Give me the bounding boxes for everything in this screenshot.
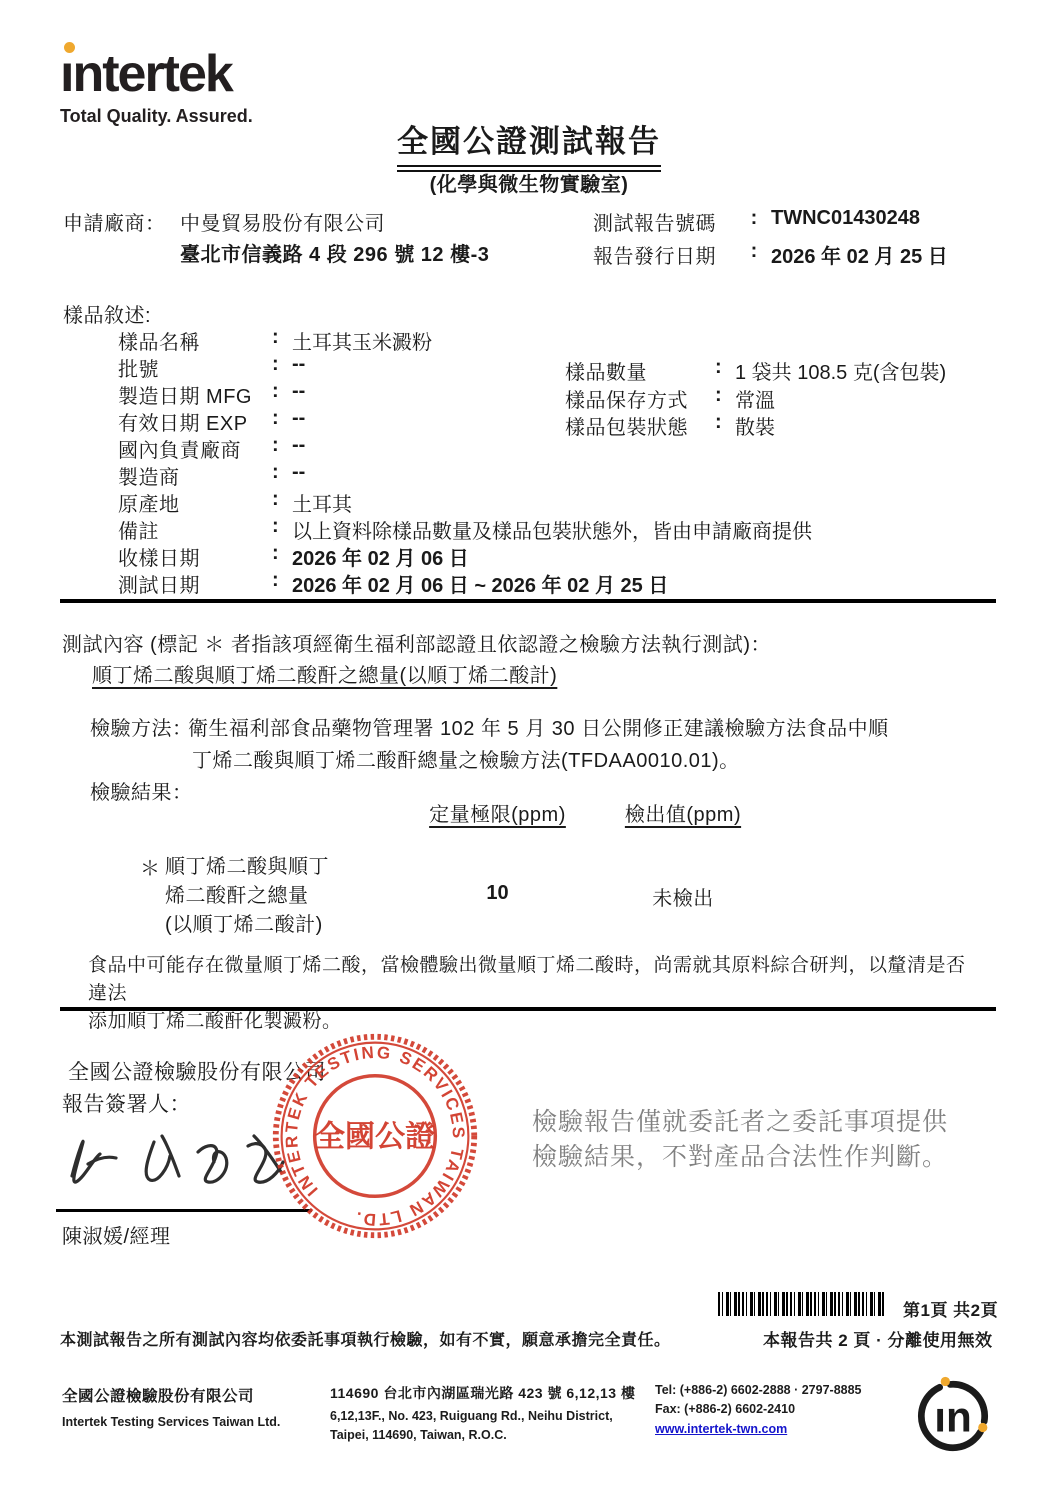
- result-item-mark: ＊: [140, 852, 160, 881]
- bottom-right-note: 本報告共 2 頁 · 分離使用無效: [763, 1326, 993, 1351]
- sample-row: 樣品數量:1 袋共 108.5 克(含包裝): [565, 356, 1005, 384]
- applicant-label: 申請廠商：: [63, 207, 166, 236]
- test-content-item: 順丁烯二酸與順丁烯二酸酐之總量(以順丁烯二酸計): [92, 659, 557, 688]
- result-note-line1: 食品中可能存在微量順丁烯二酸，當檢體驗出微量順丁烯二酸時，尚需就其原料綜合研判，…: [88, 952, 968, 1008]
- colon: :: [272, 515, 292, 542]
- result-note-line2: 添加順丁烯二酸酐化製澱粉。: [88, 1008, 968, 1036]
- colon: :: [715, 411, 735, 439]
- result-label: 檢驗結果：: [90, 776, 193, 805]
- report-title: 全國公證測試報告: [397, 116, 661, 167]
- intertek-roundel-icon: ın: [905, 1368, 1001, 1464]
- colon: :: [272, 461, 292, 488]
- page-number: 第1頁 共2頁: [903, 1296, 998, 1321]
- sample-row: 樣品包裝狀態:散裝: [565, 411, 1005, 439]
- result-item-name-line1: 順丁烯二酸與順丁: [165, 853, 329, 882]
- sample-row: 測試日期:2026 年 02 月 06 日 ~ 2026 年 02 月 25 日: [118, 569, 998, 596]
- footer-website-link[interactable]: www.intertek-twn.com: [655, 1422, 787, 1436]
- result-item-name-line2: 烯二酸酐之總量: [165, 882, 329, 911]
- colon: :: [745, 207, 763, 230]
- colon: :: [715, 356, 735, 384]
- issue-date-value: 2026 年 02 月 25 日: [771, 240, 948, 269]
- report-no-row: 測試報告號碼 : TWNC01430248: [593, 207, 920, 236]
- sample-value: 1 袋共 108.5 克(含包裝): [735, 356, 946, 384]
- sample-value: 散裝: [735, 411, 775, 439]
- footer-company-zh: 全國公證檢驗股份有限公司: [62, 1384, 312, 1406]
- footer-fax: Fax: (+886-2) 6602-2410: [655, 1400, 895, 1419]
- colon: :: [272, 326, 292, 353]
- section-divider: [60, 599, 996, 603]
- signer-label: 報告簽署人：: [62, 1088, 191, 1118]
- footer-company-en: Intertek Testing Services Taiwan Ltd.: [62, 1413, 312, 1432]
- footer-address: 114690 台北市內湖區瑞光路 423 號 6,12,13 樓 6,12,13…: [330, 1383, 640, 1446]
- company-stamp-icon: INTERTEK TESTING SERVICES TAIWAN LTD. 全國…: [268, 1029, 482, 1243]
- sample-row: 收樣日期:2026 年 02 月 06 日: [118, 542, 998, 569]
- sample-value: --: [292, 434, 305, 461]
- issue-date-label: 報告發行日期: [593, 240, 745, 269]
- sample-value: 常溫: [735, 384, 775, 412]
- sample-row: 備註:以上資料除樣品數量及樣品包裝狀態外，皆由申請廠商提供: [118, 515, 998, 542]
- colon: :: [272, 353, 292, 380]
- colon: :: [715, 384, 735, 412]
- sample-value: --: [292, 380, 305, 407]
- section-divider: [60, 1007, 996, 1011]
- sample-row: 樣品保存方式:常溫: [565, 384, 1005, 412]
- colon: :: [272, 407, 292, 434]
- roundel-in-text: ın: [934, 1393, 972, 1440]
- colon: :: [272, 434, 292, 461]
- footer-address-en2: Taipei, 114690, Taiwan, R.O.C.: [330, 1426, 640, 1445]
- result-item-name-line3: (以順丁烯二酸計): [165, 911, 329, 940]
- sample-value: 土耳其玉米澱粉: [292, 326, 432, 353]
- report-title-wrap: 全國公證測試報告: [0, 116, 1058, 167]
- issue-date-row: 報告發行日期 : 2026 年 02 月 25 日: [593, 240, 948, 269]
- footer-company: 全國公證檢驗股份有限公司 Intertek Testing Services T…: [62, 1384, 312, 1432]
- report-subtitle: (化學與微生物實驗室): [0, 168, 1058, 197]
- method-line2: 丁烯二酸與順丁烯二酸酐總量之檢驗方法(TFDAA0010.01)。: [192, 744, 740, 773]
- sample-value: 2026 年 02 月 06 日: [292, 542, 469, 569]
- sample-value: 2026 年 02 月 06 日 ~ 2026 年 02 月 25 日: [292, 569, 668, 596]
- stamp-center-text: 全國公證: [315, 1120, 436, 1154]
- sample-row: 製造商:--: [118, 461, 998, 488]
- result-note: 食品中可能存在微量順丁烯二酸，當檢體驗出微量順丁烯二酸時，尚需就其原料綜合研判，…: [88, 952, 968, 1036]
- report-no-value: TWNC01430248: [771, 207, 920, 230]
- report-no-label: 測試報告號碼: [593, 207, 745, 236]
- sample-value: 以上資料除樣品數量及樣品包裝狀態外，皆由申請廠商提供: [292, 515, 812, 542]
- roundel-top-dot-icon: [941, 1377, 950, 1386]
- colon: :: [272, 488, 292, 515]
- test-content-intro: 測試內容 (標記 ＊ 者指該項經衛生福利部認證且依認證之檢驗方法執行測試)：: [62, 628, 771, 657]
- method-label: 檢驗方法：: [90, 712, 193, 741]
- sample-row: 樣品名稱:土耳其玉米澱粉: [118, 326, 998, 353]
- sample-value: --: [292, 461, 305, 488]
- gray-disclaimer-line2: 檢驗結果，不對產品合法性作判斷。: [532, 1140, 948, 1175]
- intertek-logo-wordmark: ıntertek: [60, 48, 253, 100]
- loq-value: 10: [425, 882, 570, 905]
- gray-disclaimer-line1: 檢驗報告僅就委託者之委託事項提供: [532, 1105, 948, 1140]
- roundel-side-dot-icon: [978, 1423, 987, 1432]
- colon: :: [272, 569, 292, 596]
- gray-disclaimer: 檢驗報告僅就委託者之委託事項提供 檢驗結果，不對產品合法性作判斷。: [532, 1105, 948, 1175]
- sample-row: 原產地:土耳其: [118, 488, 998, 515]
- applicant-name: 中曼貿易股份有限公司: [180, 207, 385, 236]
- result-item-name: 順丁烯二酸與順丁 烯二酸酐之總量 (以順丁烯二酸計): [165, 853, 329, 940]
- barcode-icon: [718, 1292, 886, 1316]
- method-line1: 衛生福利部食品藥物管理署 102 年 5 月 30 日公開修正建議檢驗方法食品中…: [188, 712, 889, 741]
- sample-value: --: [292, 407, 305, 434]
- intertek-logo-i-dot-icon: [64, 42, 75, 53]
- sample-section-title: 樣品敘述:: [63, 299, 151, 328]
- applicant-address: 臺北市信義路 4 段 296 號 12 樓-3: [180, 238, 489, 267]
- colon: :: [272, 380, 292, 407]
- col-header-result: 檢出值(ppm): [618, 798, 748, 827]
- colon: :: [272, 542, 292, 569]
- col-header-loq: 定量極限(ppm): [425, 798, 570, 827]
- signer-title: 陳淑媛/經理: [62, 1220, 171, 1249]
- colon: :: [745, 240, 763, 263]
- footer-contact: Tel: (+886-2) 6602-2888 · 2797-8885 Fax:…: [655, 1381, 895, 1438]
- result-value: 未檢出: [618, 882, 748, 911]
- footer-address-en1: 6,12,13F., No. 423, Ruiguang Rd., Neihu …: [330, 1407, 640, 1426]
- sample-value: 土耳其: [292, 488, 352, 515]
- footer-tel: Tel: (+886-2) 6602-2888 · 2797-8885: [655, 1381, 895, 1400]
- sample-value: --: [292, 353, 305, 380]
- footer-address-zh: 114690 台北市內湖區瑞光路 423 號 6,12,13 樓: [330, 1383, 640, 1403]
- bottom-left-note: 本測試報告之所有測試內容均依委託事項執行檢驗，如有不實，願意承擔完全責任。: [60, 1327, 671, 1350]
- report-page: ıntertek Total Quality. Assured. 全國公證測試報…: [0, 0, 1058, 1497]
- sample-right-rows: 樣品數量:1 袋共 108.5 克(含包裝) 樣品保存方式:常溫 樣品包裝狀態:…: [565, 356, 1005, 439]
